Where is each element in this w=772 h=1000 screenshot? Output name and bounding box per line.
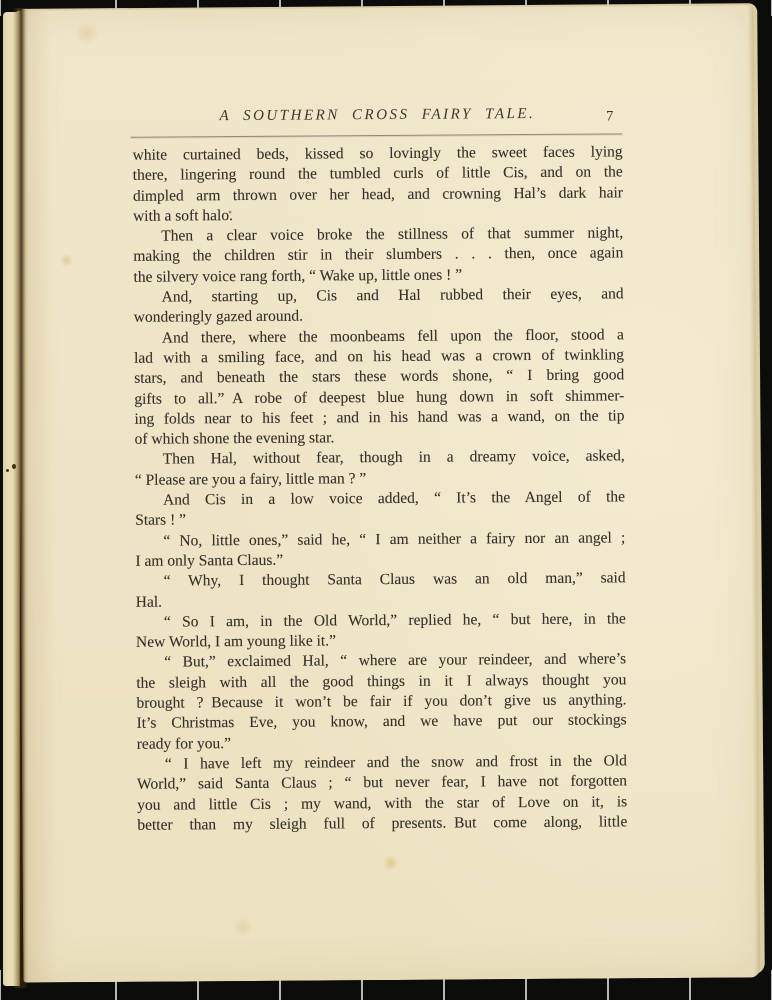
gutter-crease-shadow <box>13 8 28 988</box>
page-number: 7 <box>606 108 614 125</box>
text-line: stars, and beneath the stars these words… <box>134 366 624 390</box>
text-line: making the children stir in their slumbe… <box>133 244 623 268</box>
text-line: Then Hal, without fear, though in a drea… <box>135 447 625 471</box>
ink-speck <box>6 469 9 472</box>
ink-speck <box>12 464 16 469</box>
body-text: white curtained beds, kissed so lovingly… <box>133 142 628 835</box>
text-line: “ Why, I thought Santa Claus was an old … <box>136 569 626 593</box>
header-rule <box>130 133 622 137</box>
text-line: ing folds near to his feet ; and in his … <box>134 406 624 430</box>
text-line: And Cis in a low voice added, “ It’s the… <box>135 487 625 511</box>
scan-background: { "colors":{"surround":"#0c0c0a","page":… <box>0 0 772 1000</box>
text-line: “ So I am, in the Old World,” replied he… <box>136 609 626 633</box>
running-header: A SOUTHERN CROSS FAIRY TALE. 7 <box>132 105 622 132</box>
text-line: And, starting up, Cis and Hal rubbed the… <box>134 284 624 308</box>
text-line: dimpled arm thrown over her head, and cr… <box>133 183 623 207</box>
text-line: there, lingering round the tumbled curls… <box>133 163 623 187</box>
book-page: A SOUTHERN CROSS FAIRY TALE. 7 white cur… <box>17 5 761 982</box>
text-line: World,” said Santa Claus ; “ but never f… <box>137 772 627 796</box>
running-header-title: A SOUTHERN CROSS FAIRY TALE. <box>132 105 622 125</box>
text-line: better than my sleigh full of presents. … <box>137 812 627 836</box>
text-line: It’s Christmas Eve, you know, and we hav… <box>137 711 627 735</box>
text-line: “ No, little ones,” said he, “ I am neit… <box>135 528 625 552</box>
